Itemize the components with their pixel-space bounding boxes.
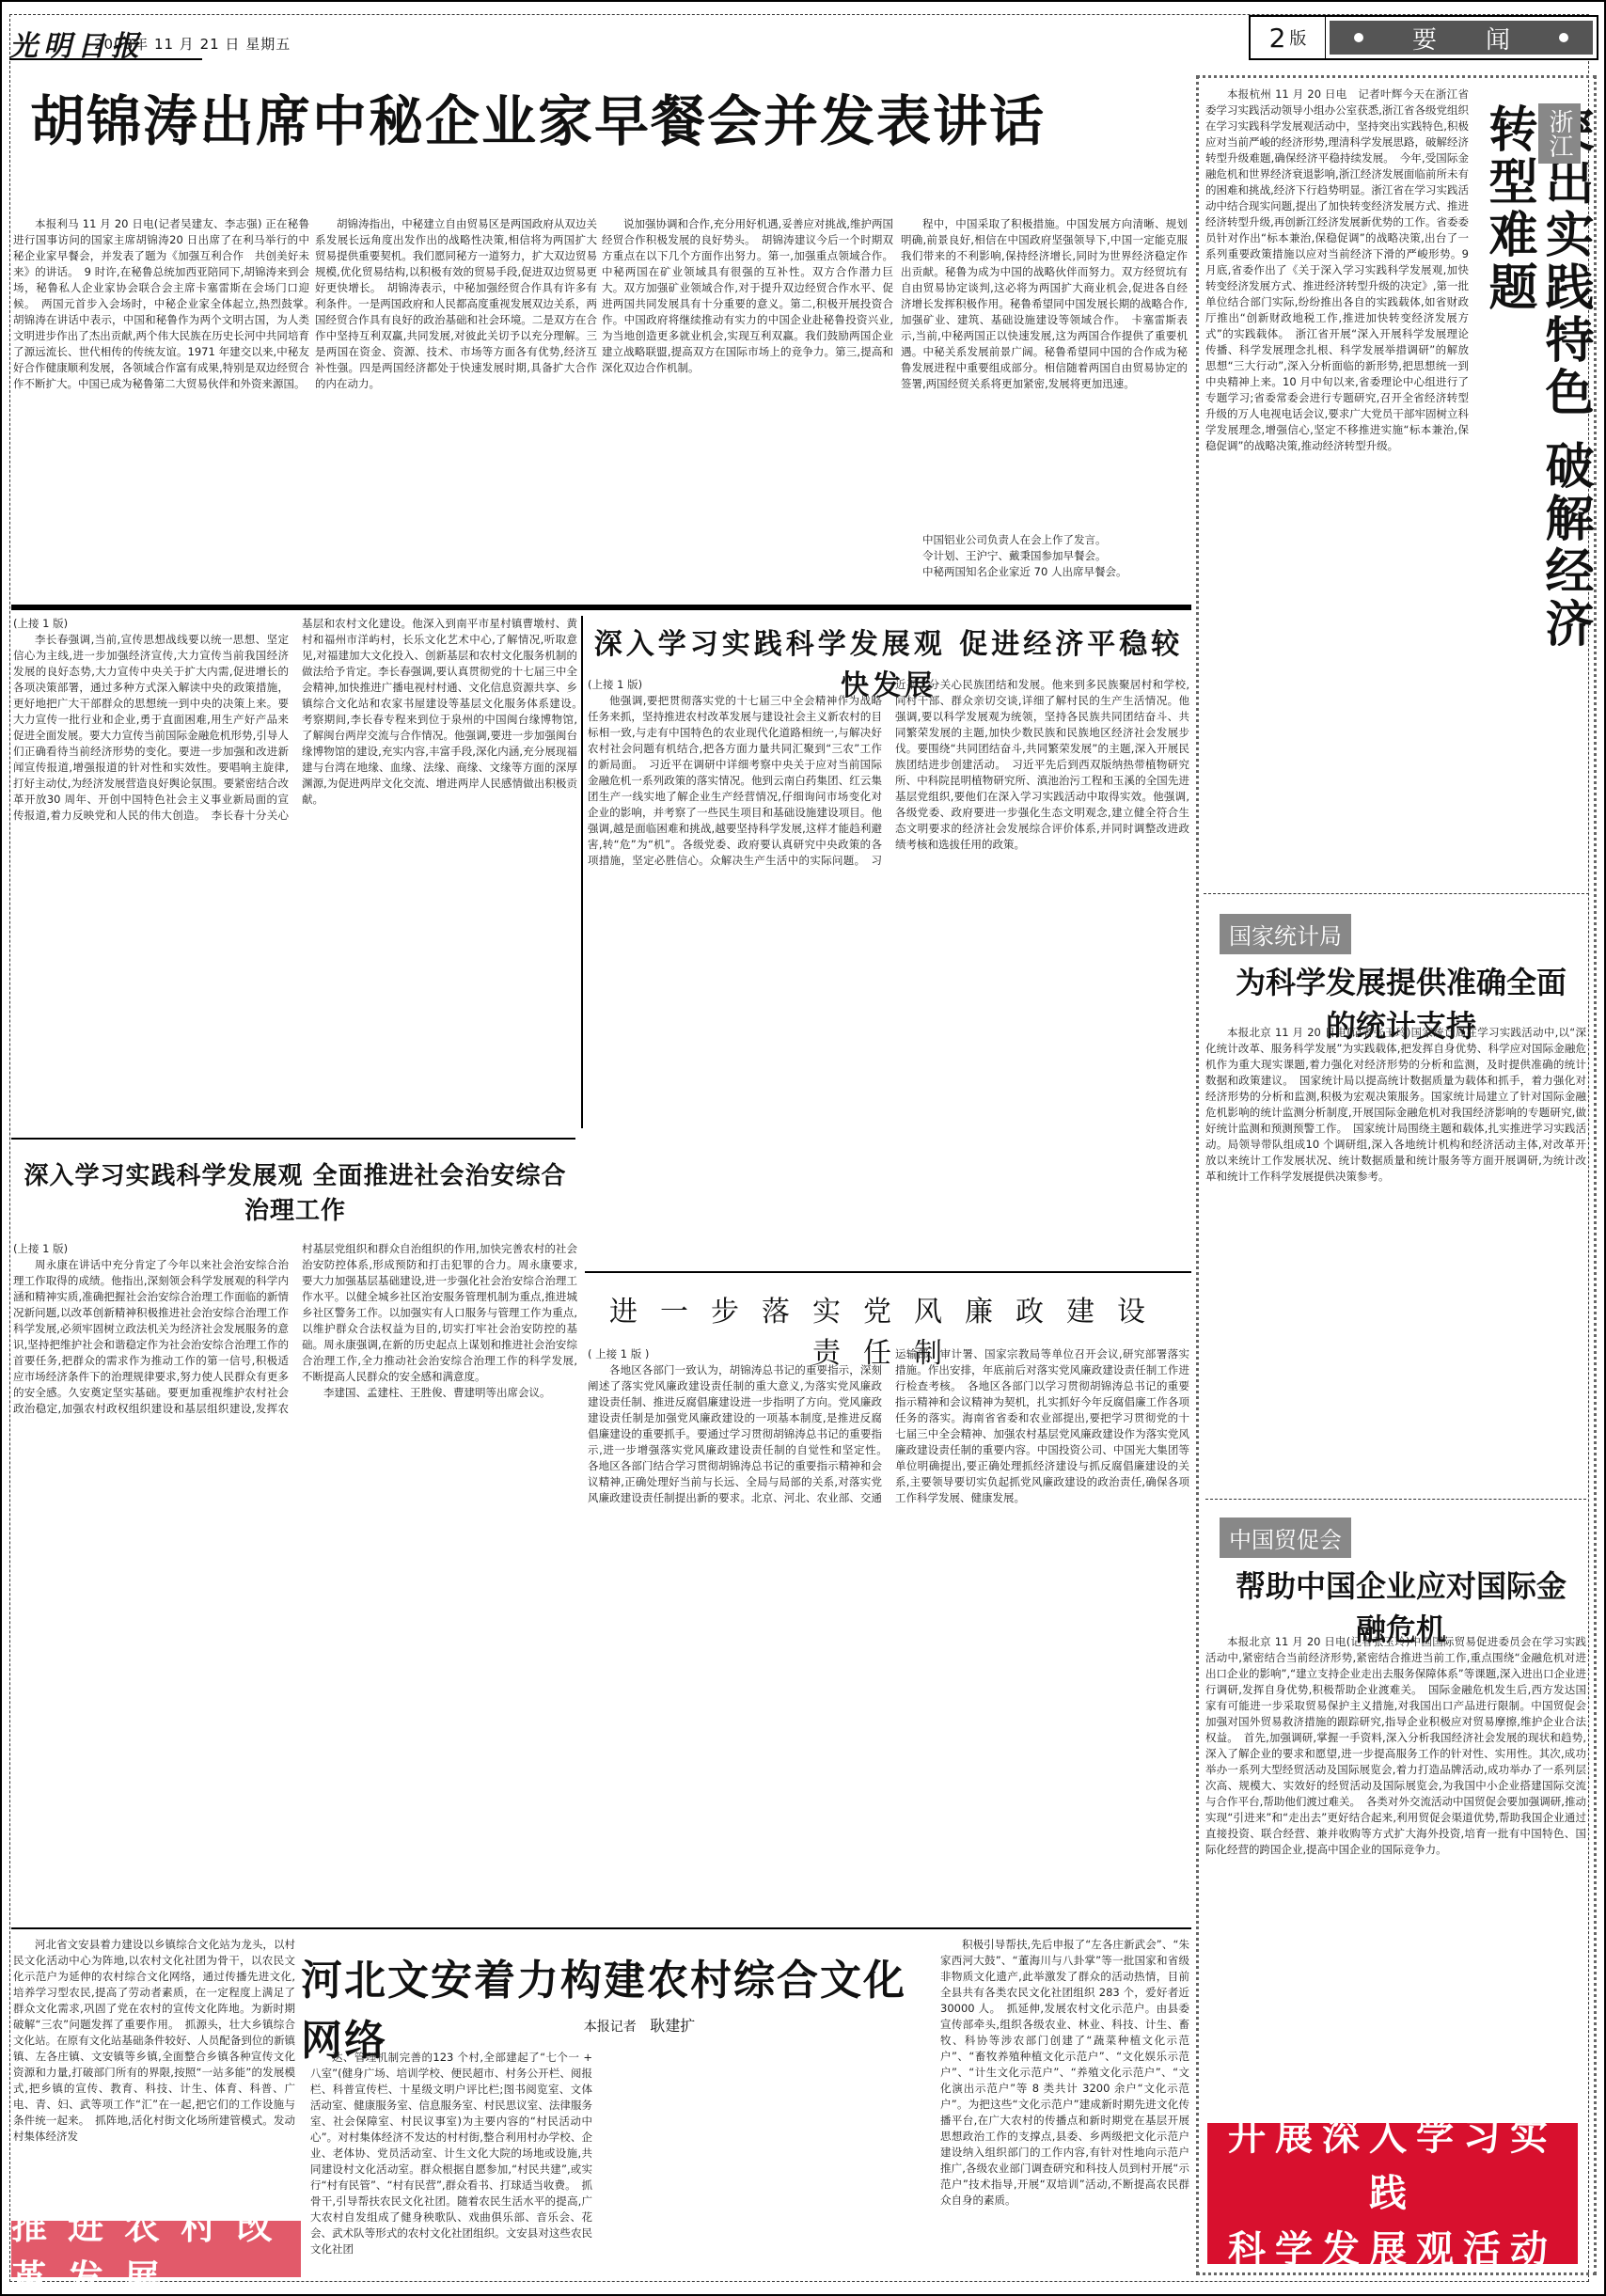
ccpit-tag: 中国贸促会	[1220, 1518, 1351, 1558]
lead-text-1: 本报利马 11 月 20 日电(记者吴建友、李志强) 正在秘鲁进行国事访问的国家…	[13, 216, 309, 392]
li-changchun-body: 李长春强调,当前,宣传思想战线要以统一思想、坚定信心为主线,进一步加强经济宣传,…	[13, 616, 577, 824]
zhejiang-headline: 突出实践特色 破解经济转型难题	[1480, 103, 1593, 686]
campaign-line-1: 开展深入学习实践	[1207, 2109, 1578, 2222]
campaign-banner: 开展深入学习实践 科学发展观活动	[1207, 2123, 1578, 2264]
lead-text-2: 胡锦涛指出，中秘建立自由贸易区是两国政府从双边关系发展长远角度出发作出的战略性决…	[315, 216, 597, 392]
lead-col-3: 说加强协调和合作,充分用好机遇,妥善应对挑战,维护两国经贸合作积极发展的良好势头…	[602, 216, 893, 592]
lead-col-4: 程中，中国采取了积极措施。中国发展方向清晰、规划明确,前景良好,相信在中国政府坚…	[901, 216, 1188, 527]
section-rule	[11, 605, 1191, 610]
zhejiang-tag: 浙江	[1538, 103, 1581, 164]
lead-note-2: 令计划、王沪宁、戴秉国参加早餐会。	[901, 548, 1188, 564]
issue-date: 2008年 11 月 21 日 星期五	[94, 34, 291, 54]
ccpit-body: 本报北京 11 月 20 日电(记者张玉玲)中国国际贸易促进委员会在学习实践活动…	[1205, 1634, 1586, 1858]
lead-note-3: 中秘两国知名企业家近 70 人出席早餐会。	[901, 564, 1188, 580]
page-number: 2 版	[1251, 17, 1326, 58]
nbs-article-body: 本报北京 11 月 20 日电(记者张玉玲)国家统计局在学习实践活动中,以“深化…	[1205, 1025, 1586, 1476]
column-divider	[581, 616, 583, 1128]
lead-text-3: 说加强协调和合作,充分用好机遇,妥善应对挑战,维护两国经贸合作积极发展的良好势头…	[602, 216, 893, 376]
masthead-rule	[9, 58, 202, 60]
hebei-left-text: 河北省文安县着力建设以乡镇综合文化站为龙头，以村民文化活动中心为阵地,以农村文化…	[13, 1937, 295, 2145]
hebei-headline: 河北文安着力构建农村综合文化网络	[301, 1946, 931, 2067]
economy-body: 他强调,要把贯彻落实党的十七届三中全会精神作为战略任务来抓，坚持推进农村改革发展…	[588, 677, 1189, 869]
section-char-2: 闻	[1486, 21, 1510, 55]
sidebar-divider	[1205, 1499, 1586, 1500]
sidebar-divider	[1204, 893, 1589, 894]
bullet-dot-icon	[1559, 33, 1568, 42]
section-rule	[585, 1271, 1191, 1273]
hebei-right-text: 积极引导帮扶,先后申报了“左各庄新武会”、“朱家西河大鼓”、“董海川与八卦掌”等…	[940, 1937, 1189, 2209]
zhejiang-body: 本报杭州 11 月 20 日电 记者叶辉今天在浙江省委学习实践活动领导小组办公室…	[1205, 86, 1469, 454]
lead-col-4-tail: 中国铝业公司负责人在会上作了发言。 令计划、王沪宁、戴秉国参加早餐会。 中秘两国…	[901, 532, 1188, 598]
hebei-mid-text: 达、管理机制完善的123 个村,全部建起了“七个一 + 八室”(健身广场、培训学…	[310, 2050, 592, 2257]
security-article-body: (上接 1 版) 周永康在讲话中充分肯定了今年以来社会治安综合治理工作取得的成绩…	[13, 1241, 577, 1918]
section-label: 要 闻	[1330, 21, 1593, 55]
hebei-left-col: 河北省文安县着力建设以乡镇综合文化站为龙头，以村民文化活动中心为阵地,以农村文化…	[13, 1937, 295, 2219]
byline-label: 本报记者	[584, 2020, 637, 2035]
section-char-1: 要	[1412, 21, 1437, 55]
hebei-byline: 本报记者 耿建扩	[545, 2014, 733, 2036]
campaign-line-2: 科学发展观活动	[1207, 2222, 1578, 2278]
zhejiang-article-body: 本报杭州 11 月 20 日电 记者叶辉今天在浙江省委学习实践活动领导小组办公室…	[1205, 86, 1469, 895]
lead-text-4: 程中，中国采取了积极措施。中国发展方向清晰、规划明确,前景良好,相信在中国政府坚…	[901, 216, 1188, 392]
nbs-body: 本报北京 11 月 20 日电(记者张玉玲)国家统计局在学习实践活动中,以“深化…	[1205, 1025, 1586, 1185]
continued-label: (上接 1 版)	[588, 677, 882, 693]
security-headline: 深入学习实践科学发展观 全面推进社会治安综合治理工作	[13, 1156, 577, 1226]
continued-label: (上接 1 版)	[13, 1241, 289, 1257]
section-rule	[11, 1138, 575, 1140]
continued-label: ( 上接 1 版 )	[588, 1346, 882, 1362]
lead-headline: 胡锦涛出席中秘企业家早餐会并发表讲话	[30, 77, 1046, 156]
hebei-mid-col-2: 积极引导帮扶,先后申报了“左各庄新武会”、“朱家西河大鼓”、“董海川与八卦掌”等…	[602, 2050, 931, 2285]
page-number-value: 2	[1269, 23, 1286, 54]
rural-reform-banner: 推进农村改革发展	[11, 2221, 301, 2277]
section-rule	[11, 1927, 1191, 1929]
lead-col-1: 本报利马 11 月 20 日电(记者吴建友、李志强) 正在秘鲁进行国事访问的国家…	[13, 216, 309, 592]
page-suffix: 版	[1289, 25, 1306, 50]
nbs-tag: 国家统计局	[1220, 914, 1351, 954]
integrity-body: 各地区各部门一致认为，胡锦涛总书记的重要指示，深刻阐述了落实党风廉政建设责任制的…	[588, 1346, 1189, 1506]
byline-name: 耿建扩	[650, 2017, 695, 2035]
hebei-mid-col: 达、管理机制完善的123 个村,全部建起了“七个一 + 八室”(健身广场、培训学…	[310, 2050, 592, 2285]
li-changchun-article: (上接 1 版) 李长春强调,当前,宣传思想战线要以统一思想、坚定信心为主线,进…	[13, 616, 577, 1124]
ccpit-article-body: 本报北京 11 月 20 日电(记者张玉玲)中国国际贸易促进委员会在学习实践活动…	[1205, 1634, 1586, 2104]
integrity-article-body: ( 上接 1 版 ) 各地区各部门一致认为，胡锦涛总书记的重要指示，深刻阐述了落…	[588, 1346, 1189, 1920]
security-attendees: 李建国、孟建柱、王胜俊、曹建明等出席会议。	[302, 1385, 577, 1401]
hebei-right-col: 积极引导帮扶,先后申报了“左各庄新武会”、“朱家西河大鼓”、“董海川与八卦掌”等…	[940, 1937, 1189, 2285]
lead-col-2: 胡锦涛指出，中秘建立自由贸易区是两国政府从双边关系发展长远角度出发作出的战略性决…	[315, 216, 597, 592]
page-section-box: 2 版 要 闻	[1249, 15, 1598, 60]
bullet-dot-icon	[1354, 33, 1363, 42]
continued-label: (上接 1 版)	[13, 616, 289, 632]
lead-note-1: 中国铝业公司负责人在会上作了发言。	[901, 532, 1188, 548]
economy-article-body: (上接 1 版) 他强调,要把贯彻落实党的十七届三中全会精神作为战略任务来抓，坚…	[588, 677, 1189, 1241]
